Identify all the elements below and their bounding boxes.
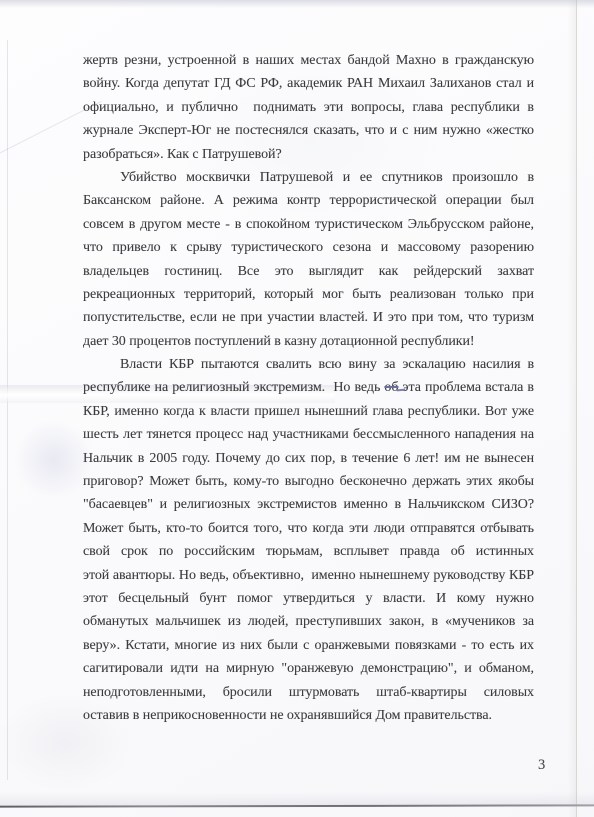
text-line: Убийство москвички Патрушевой и ее спутн… [83,166,534,189]
text-line: "басаевцев" и религиозных экстремистов и… [83,493,534,516]
text-block: жертв резни, устроенной в наших местах б… [83,49,534,727]
text-line: свой срок по российским тюрьмам, всплыве… [83,540,534,563]
paper-right-edge-shadow [568,0,576,817]
text-line: КБР, именно когда к власти пришел нынешн… [83,400,534,423]
text-line: сагитировали идти на мирную "оранжевую д… [83,657,534,680]
text-line: республике на религиозный экстремизм. Но… [83,376,534,399]
text-line: этой авантюры. Но ведь, объективно, имен… [83,564,534,587]
text-line: оставив в неприкосновенности не охранявш… [83,704,534,727]
text-line: Баксанском районе. А режима контр террор… [83,189,534,212]
text-line: шесть лет тянется процесс над участникам… [83,423,534,446]
scan-left-edge-line [7,40,8,780]
text-line: дает 30 процентов поступлений в казну до… [83,330,534,353]
pen-strikethrough-word: об [384,380,398,395]
text-line: Нальчик в 2005 году. Почему до сих пор, … [83,447,534,470]
text-line: что привело к срыву туристического сезон… [83,236,534,259]
text-line: Может быть, кто-то боится того, что когд… [83,517,534,540]
paper-bottom-edge-shadow [0,792,594,805]
text-line: приговор? Может быть, кому-то выгодно бе… [83,470,534,493]
text-line: попустительстве, если не при участии вла… [83,306,534,329]
scan-top-edge-shadow [0,0,594,8]
scan-smudge [14,420,94,500]
text-line: разобраться». Как с Патрушевой? [83,143,534,166]
text-line: войну. Когда депутат ГД ФС РФ, академик … [83,72,534,95]
text-line: совсем в другом месте - в спокойном тури… [83,213,534,236]
paper-bottom-edge-line [0,804,594,807]
document-page: жертв резни, устроенной в наших местах б… [0,0,594,817]
text-line: рекреационных территорий, который мог бы… [83,283,534,306]
page-number: 3 [538,757,545,774]
paper-right-edge [576,0,594,817]
text-line: неподготовленными, бросили штурмовать шт… [83,681,534,704]
text-line: владельцев гостиниц. Все это выглядит ка… [83,260,534,283]
text-line: этот бесцельный бунт помог утвердиться у… [83,587,534,610]
text-line: веру». Кстати, многие из них были с оран… [83,634,534,657]
text-line: журнале Эксперт-Юг не постеснялся сказат… [83,119,534,142]
text-line: Власти КБР пытаются свалить всю вину за … [83,353,534,376]
text-line: обманутых мальчишек из людей, преступивш… [83,610,534,633]
text-line: официально, и публично поднимать эти воп… [83,96,534,119]
text-line: жертв резни, устроенной в наших местах б… [83,49,534,72]
